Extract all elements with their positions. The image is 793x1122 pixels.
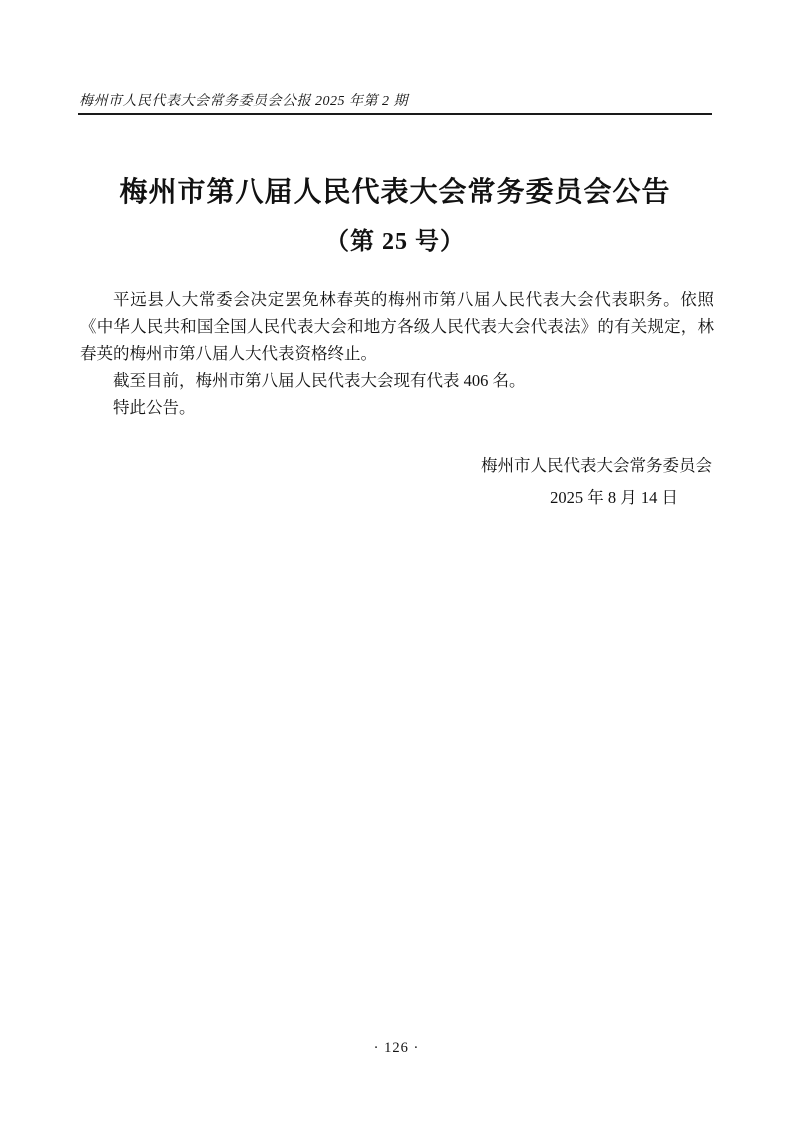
header-rule: [78, 113, 712, 115]
page-number: · 126 ·: [0, 1040, 793, 1057]
page-title: 梅州市第八届人民代表大会常务委员会公告: [78, 170, 712, 210]
paragraph: 特此公告。: [80, 394, 714, 421]
paragraph: 平远县人大常委会决定罢免林春英的梅州市第八届人民代表大会代表职务。依照《中华人民…: [80, 286, 714, 367]
signature-date: 2025 年 8 月 14 日: [80, 484, 714, 511]
bulletin-page: 梅州市人民代表大会常务委员会公报 2025 年第 2 期 梅州市第八届人民代表大…: [0, 0, 793, 1122]
signature: 梅州市人民代表大会常务委员会: [80, 452, 714, 479]
running-header: 梅州市人民代表大会常务委员会公报 2025 年第 2 期: [79, 90, 713, 110]
doc-number-subtitle: （第 25 号）: [78, 221, 712, 256]
body-text: 平远县人大常委会决定罢免林春英的梅州市第八届人民代表大会代表职务。依照《中华人民…: [80, 286, 714, 421]
signature-block: 梅州市人民代表大会常务委员会 2025 年 8 月 14 日: [80, 452, 714, 511]
paragraph: 截至目前，梅州市第八届人民代表大会现有代表 406 名。: [80, 367, 714, 394]
